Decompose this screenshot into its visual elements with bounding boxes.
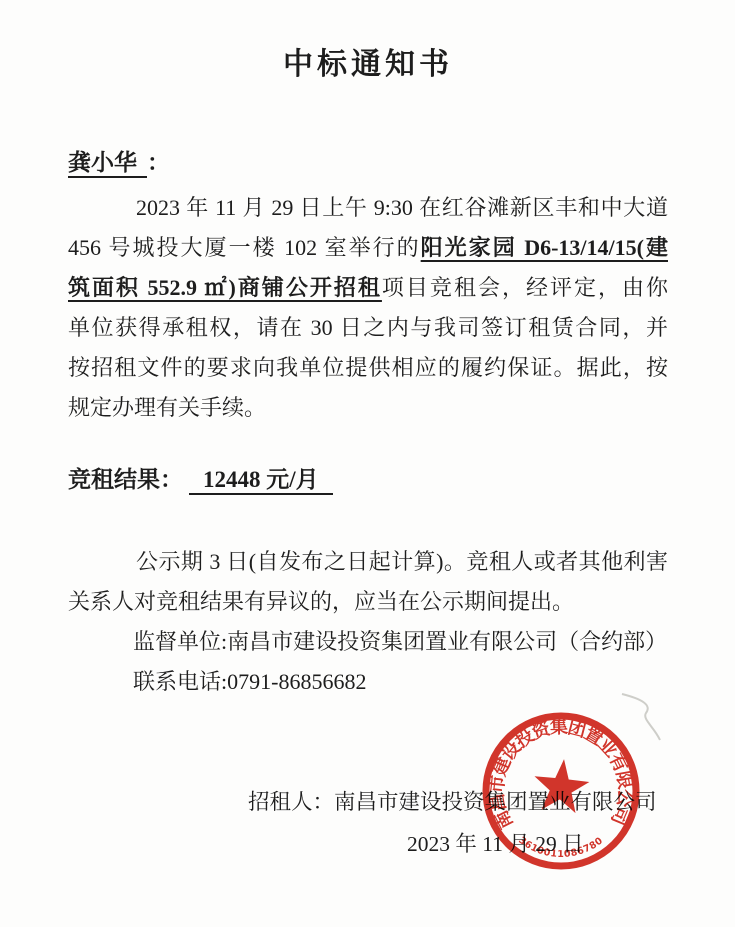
salutation-line: 龚小华： (68, 146, 668, 180)
paragraph-line: 关系人对竞租结果有异议的，应当在公示期间提出。 (68, 582, 668, 622)
project-name-highlight: 筑面积 552.9 ㎡)商铺公开招租 (68, 275, 382, 300)
paragraph-line: 单位获得承租权，请在 30 日之内与我司签订租赁合同，并 (68, 308, 668, 348)
line-text: 项目竞租会，经评定，由你 (382, 275, 668, 300)
bid-result-value: 12448 元/月 (189, 467, 333, 495)
document-page: 中标通知书 龚小华： 2023 年 11 月 29 日上午 9:30 在红谷滩新… (68, 0, 668, 866)
paragraph-line: 规定办理有关手续。 (68, 388, 668, 428)
project-name-highlight: 阳光家园 D6-13/14/15(建 (421, 235, 668, 260)
paragraph-line: 2023 年 11 月 29 日上午 9:30 在红谷滩新区丰和中大道 (68, 188, 668, 228)
phone-line: 联系电话:0791-86856682 (68, 662, 668, 702)
bid-result-label: 竞租结果： (68, 467, 183, 492)
addressee-name: 龚小华 (68, 150, 147, 178)
date-line: 2023 年 11 月 29 日 (68, 822, 668, 866)
line-text: 456 号城投大厦一楼 102 室举行的 (68, 235, 421, 260)
main-paragraph: 2023 年 11 月 29 日上午 9:30 在红谷滩新区丰和中大道 456 … (68, 188, 668, 428)
supervisor-line: 监督单位:南昌市建设投资集团置业有限公司（合约部） (68, 622, 668, 662)
document-title: 中标通知书 (68, 44, 668, 86)
paragraph-line: 公示期 3 日(自发布之日起计算)。竞租人或者其他利害 (68, 542, 668, 582)
paragraph-line: 筑面积 552.9 ㎡)商铺公开招租项目竞租会，经评定，由你 (68, 268, 668, 308)
notice-paragraph: 公示期 3 日(自发布之日起计算)。竞租人或者其他利害 关系人对竞租结果有异议的… (68, 542, 668, 702)
paragraph-line: 按招租文件的要求向我单位提供相应的履约保证。据此，按 (68, 348, 668, 388)
bid-result-line: 竞租结果：12448 元/月 (68, 460, 668, 500)
lessor-signature-line: 招租人：南昌市建设投资集团置业有限公司 (68, 782, 668, 822)
salutation-colon: ： (147, 150, 170, 175)
paragraph-line: 456 号城投大厦一楼 102 室举行的阳光家园 D6-13/14/15(建 (68, 228, 668, 268)
